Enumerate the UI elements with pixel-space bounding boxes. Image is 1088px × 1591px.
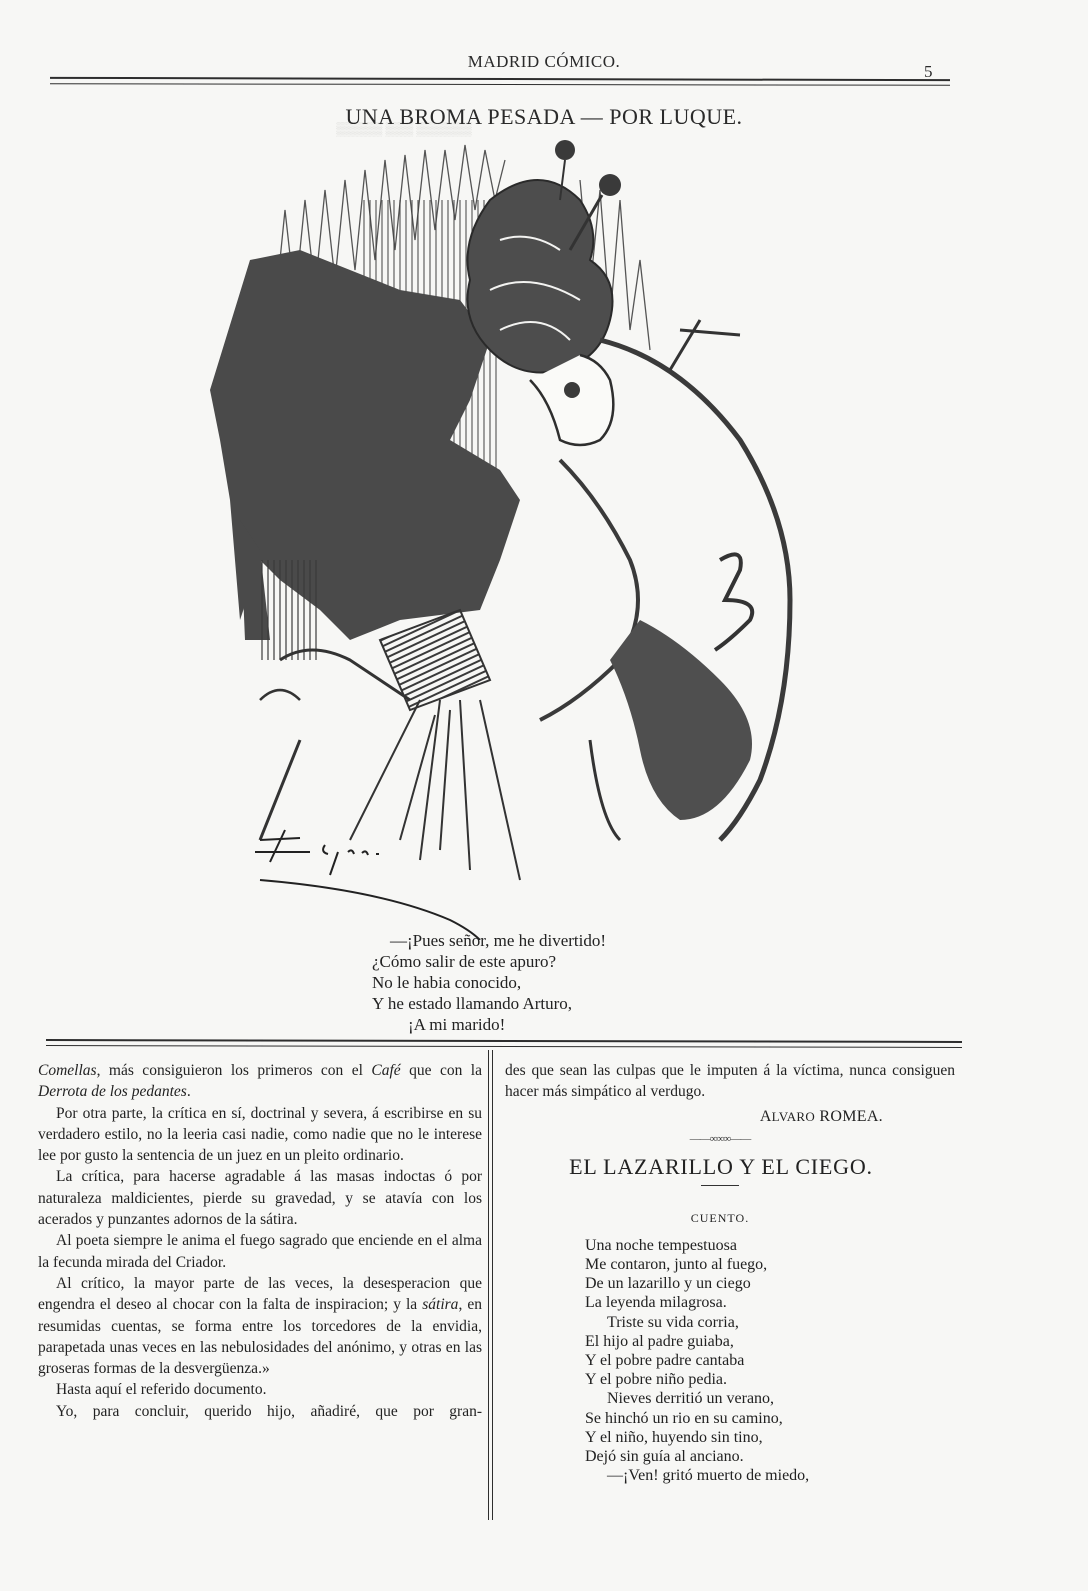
- left-column-article: Comellas, más consiguieron los primeros …: [38, 1060, 482, 1422]
- poem-line: Me contaron, junto al fuego,: [585, 1255, 955, 1274]
- poem-line: Nieves derritió un verano,: [585, 1389, 955, 1408]
- poem-line: Se hinchó un rio en su camino,: [585, 1409, 955, 1428]
- illustration-woman-and-man: [200, 140, 820, 940]
- poem-line: El hijo al padre guiaba,: [585, 1332, 955, 1351]
- illustration-title: UNA BROMA PESADA — POR LUQUE.: [0, 104, 1088, 130]
- column-divider: [488, 1050, 489, 1520]
- caption-line: No le habia conocido,: [372, 972, 606, 993]
- poem-line: De un lazarillo y un ciego: [585, 1274, 955, 1293]
- poem: Una noche tempestuosaMe contaron, junto …: [505, 1236, 955, 1486]
- author-first-name: ALVARO: [760, 1108, 815, 1125]
- section-title: EL LAZARILLO Y EL CIEGO.: [505, 1156, 955, 1177]
- section-subtitle: CUENTO.: [505, 1208, 955, 1229]
- caption-line: ¿Cómo salir de este apuro?: [372, 951, 606, 972]
- article-conclusion: des que sean las culpas que le imputen á…: [505, 1060, 955, 1103]
- poem-line: Triste su vida corria,: [585, 1313, 955, 1332]
- poem-line: La leyenda milagrosa.: [585, 1293, 955, 1312]
- article-paragraph: Al poeta siempre le anima el fuego sagra…: [38, 1230, 482, 1273]
- article-paragraph: Al crítico, la mayor parte de las veces,…: [38, 1273, 482, 1379]
- header-rule-thick: [50, 77, 950, 81]
- header-rule-thin: [50, 83, 950, 86]
- poem-line: Dejó sin guía al anciano.: [585, 1447, 955, 1466]
- section-rule-thin: [46, 1045, 962, 1048]
- poem-line: Y el pobre padre cantaba: [585, 1351, 955, 1370]
- article-paragraph: Yo, para concluir, querido hijo, añadiré…: [38, 1401, 482, 1422]
- article-paragraph: La crítica, para hacerse agradable á las…: [38, 1166, 482, 1230]
- author-signature: ALVARO ROMEA.: [505, 1106, 955, 1127]
- ornament-divider: ——∞∞∞——: [505, 1129, 955, 1150]
- article-paragraph: Por otra parte, la crítica en sí, doctri…: [38, 1103, 482, 1167]
- caption-line: ¡A mi marido!: [372, 1014, 606, 1035]
- author-last-name: ROMEA.: [819, 1108, 883, 1125]
- poem-line: Y el pobre niño pedia.: [585, 1370, 955, 1389]
- section-rule-thick: [46, 1039, 962, 1043]
- poem-line: —¡Ven! gritó muerto de miedo,: [585, 1466, 955, 1485]
- artist-signature: [255, 830, 480, 940]
- poem-line: Y el niño, huyendo sin tino,: [585, 1428, 955, 1447]
- article-paragraph: Hasta aquí el referido documento.: [38, 1379, 482, 1400]
- column-divider-2: [492, 1050, 493, 1520]
- article-paragraph: Comellas, más consiguieron los primeros …: [38, 1060, 482, 1103]
- right-column: des que sean las culpas que le imputen á…: [505, 1060, 955, 1485]
- title-underline: [701, 1185, 739, 1186]
- poem-line: Una noche tempestuosa: [585, 1236, 955, 1255]
- illustration-caption: —¡Pues señor, me he divertido! ¿Cómo sal…: [372, 930, 606, 1035]
- caption-line: Y he estado llamando Arturo,: [372, 993, 606, 1014]
- caption-line: —¡Pues señor, me he divertido!: [372, 930, 606, 951]
